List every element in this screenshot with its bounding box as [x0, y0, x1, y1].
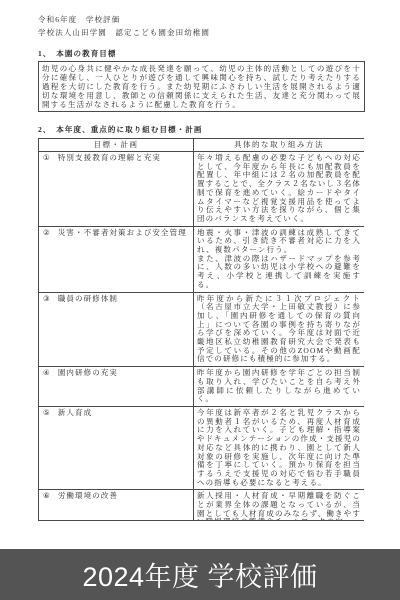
- row-number: ①: [43, 154, 51, 163]
- row-number: ⑤: [43, 409, 51, 418]
- table-row: ④園内研修の充実 昨年度から園内研修を学年ごとの担当制も取り入れ、学びたいことを…: [39, 367, 365, 407]
- goal-cell: ①特別支援教育の理解と充実: [39, 152, 194, 227]
- caption-banner-label: 2024年度 学校評価: [82, 555, 317, 594]
- row-goal-label: 新人育成: [58, 408, 92, 417]
- row-number: ③: [43, 295, 51, 304]
- row-goal-label: 職員の研修体制: [58, 294, 118, 303]
- method-cell: 地震・火事・津波の訓練は成熟してきているため、引き続き不審者対応に力を入れ、複数…: [194, 226, 365, 292]
- education-goal-box: 幼児の心身共に健やかな成長発達を願って、幼児の主体的活動としての遊びを十分に確保…: [38, 61, 365, 112]
- row-goal-label: 特別支援教育の理解と充実: [58, 153, 161, 162]
- table-row: ③職員の研修体制 昨年度から新たに３１次プロジェクト（名古屋市立大学・上田敏丈教…: [39, 292, 365, 367]
- section1-heading: 1、 本園の教育目標: [38, 48, 365, 59]
- table-row: ⑥労働環境の改善 新人採用・人材育成・早期離職を防ぐことが業界全体の課題となって…: [39, 490, 365, 521]
- method-cell: 昨年度から新たに３１次プロジェクト（名古屋市立大学・上田敏丈教授）に参加し、「園…: [194, 292, 365, 367]
- table-header-row: 目標・計画 具体的な取り組み方法: [39, 139, 365, 152]
- method-cell: 新人採用・人材育成・早期離職を防ぐことが業界全体の課題となっているが、当園として…: [194, 490, 365, 521]
- method-cell: 今年度は新卒者が２名と乳児クラスからの異動者１名がいるため、再度人材育成に力を入…: [194, 406, 365, 489]
- method-cell: 昨年度から園内研修を学年ごとの担当制も取り入れ、学びたいことを自ら考え外部講師に…: [194, 367, 365, 407]
- caption-banner: 2024年度 学校評価: [0, 549, 400, 600]
- row-goal-label: 労働環境の改善: [58, 491, 118, 500]
- plan-table: 目標・計画 具体的な取り組み方法 ①特別支援教育の理解と充実 年々増える配慮の必…: [38, 138, 364, 521]
- goal-cell: ⑤新人育成: [39, 406, 194, 489]
- table-row: ①特別支援教育の理解と充実 年々増える配慮の必要な子どもへの対応として、今年度か…: [39, 152, 365, 227]
- column-header-goal: 目標・計画: [39, 139, 194, 152]
- row-number: ⑥: [43, 492, 51, 501]
- row-number: ④: [43, 369, 51, 378]
- goal-cell: ⑥労働環境の改善: [39, 490, 194, 521]
- school-name: 学校法人山田学園 認定こども園金田幼稚園: [38, 26, 365, 39]
- goal-cell: ②災害・不審者対策および安全管理: [39, 226, 194, 292]
- table-row: ⑤新人育成 今年度は新卒者が２名と乳児クラスからの異動者１名がいるため、再度人材…: [39, 406, 365, 489]
- document-title: 令和6年度 学校評価: [38, 13, 365, 26]
- goal-cell: ④園内研修の充実: [39, 367, 194, 407]
- column-header-method: 具体的な取り組み方法: [194, 139, 365, 152]
- section2-heading: 2、 本年度、重点的に取り組む目標・計画: [38, 124, 365, 135]
- row-goal-label: 災害・不審者対策および安全管理: [58, 228, 187, 237]
- row-goal-label: 園内研修の充実: [58, 368, 118, 377]
- table-row: ②災害・不審者対策および安全管理 地震・火事・津波の訓練は成熟してきているため、…: [39, 226, 365, 292]
- row-number: ②: [43, 229, 51, 238]
- plan-table-clip: 目標・計画 具体的な取り組み方法 ①特別支援教育の理解と充実 年々増える配慮の必…: [38, 138, 364, 521]
- method-cell: 年々増える配慮の必要な子どもへの対応として、今年度から年長にも加配教員を配置し、…: [194, 152, 365, 227]
- goal-cell: ③職員の研修体制: [39, 292, 194, 367]
- document-page: 令和6年度 学校評価 学校法人山田学園 認定こども園金田幼稚園 1、 本園の教育…: [38, 13, 365, 521]
